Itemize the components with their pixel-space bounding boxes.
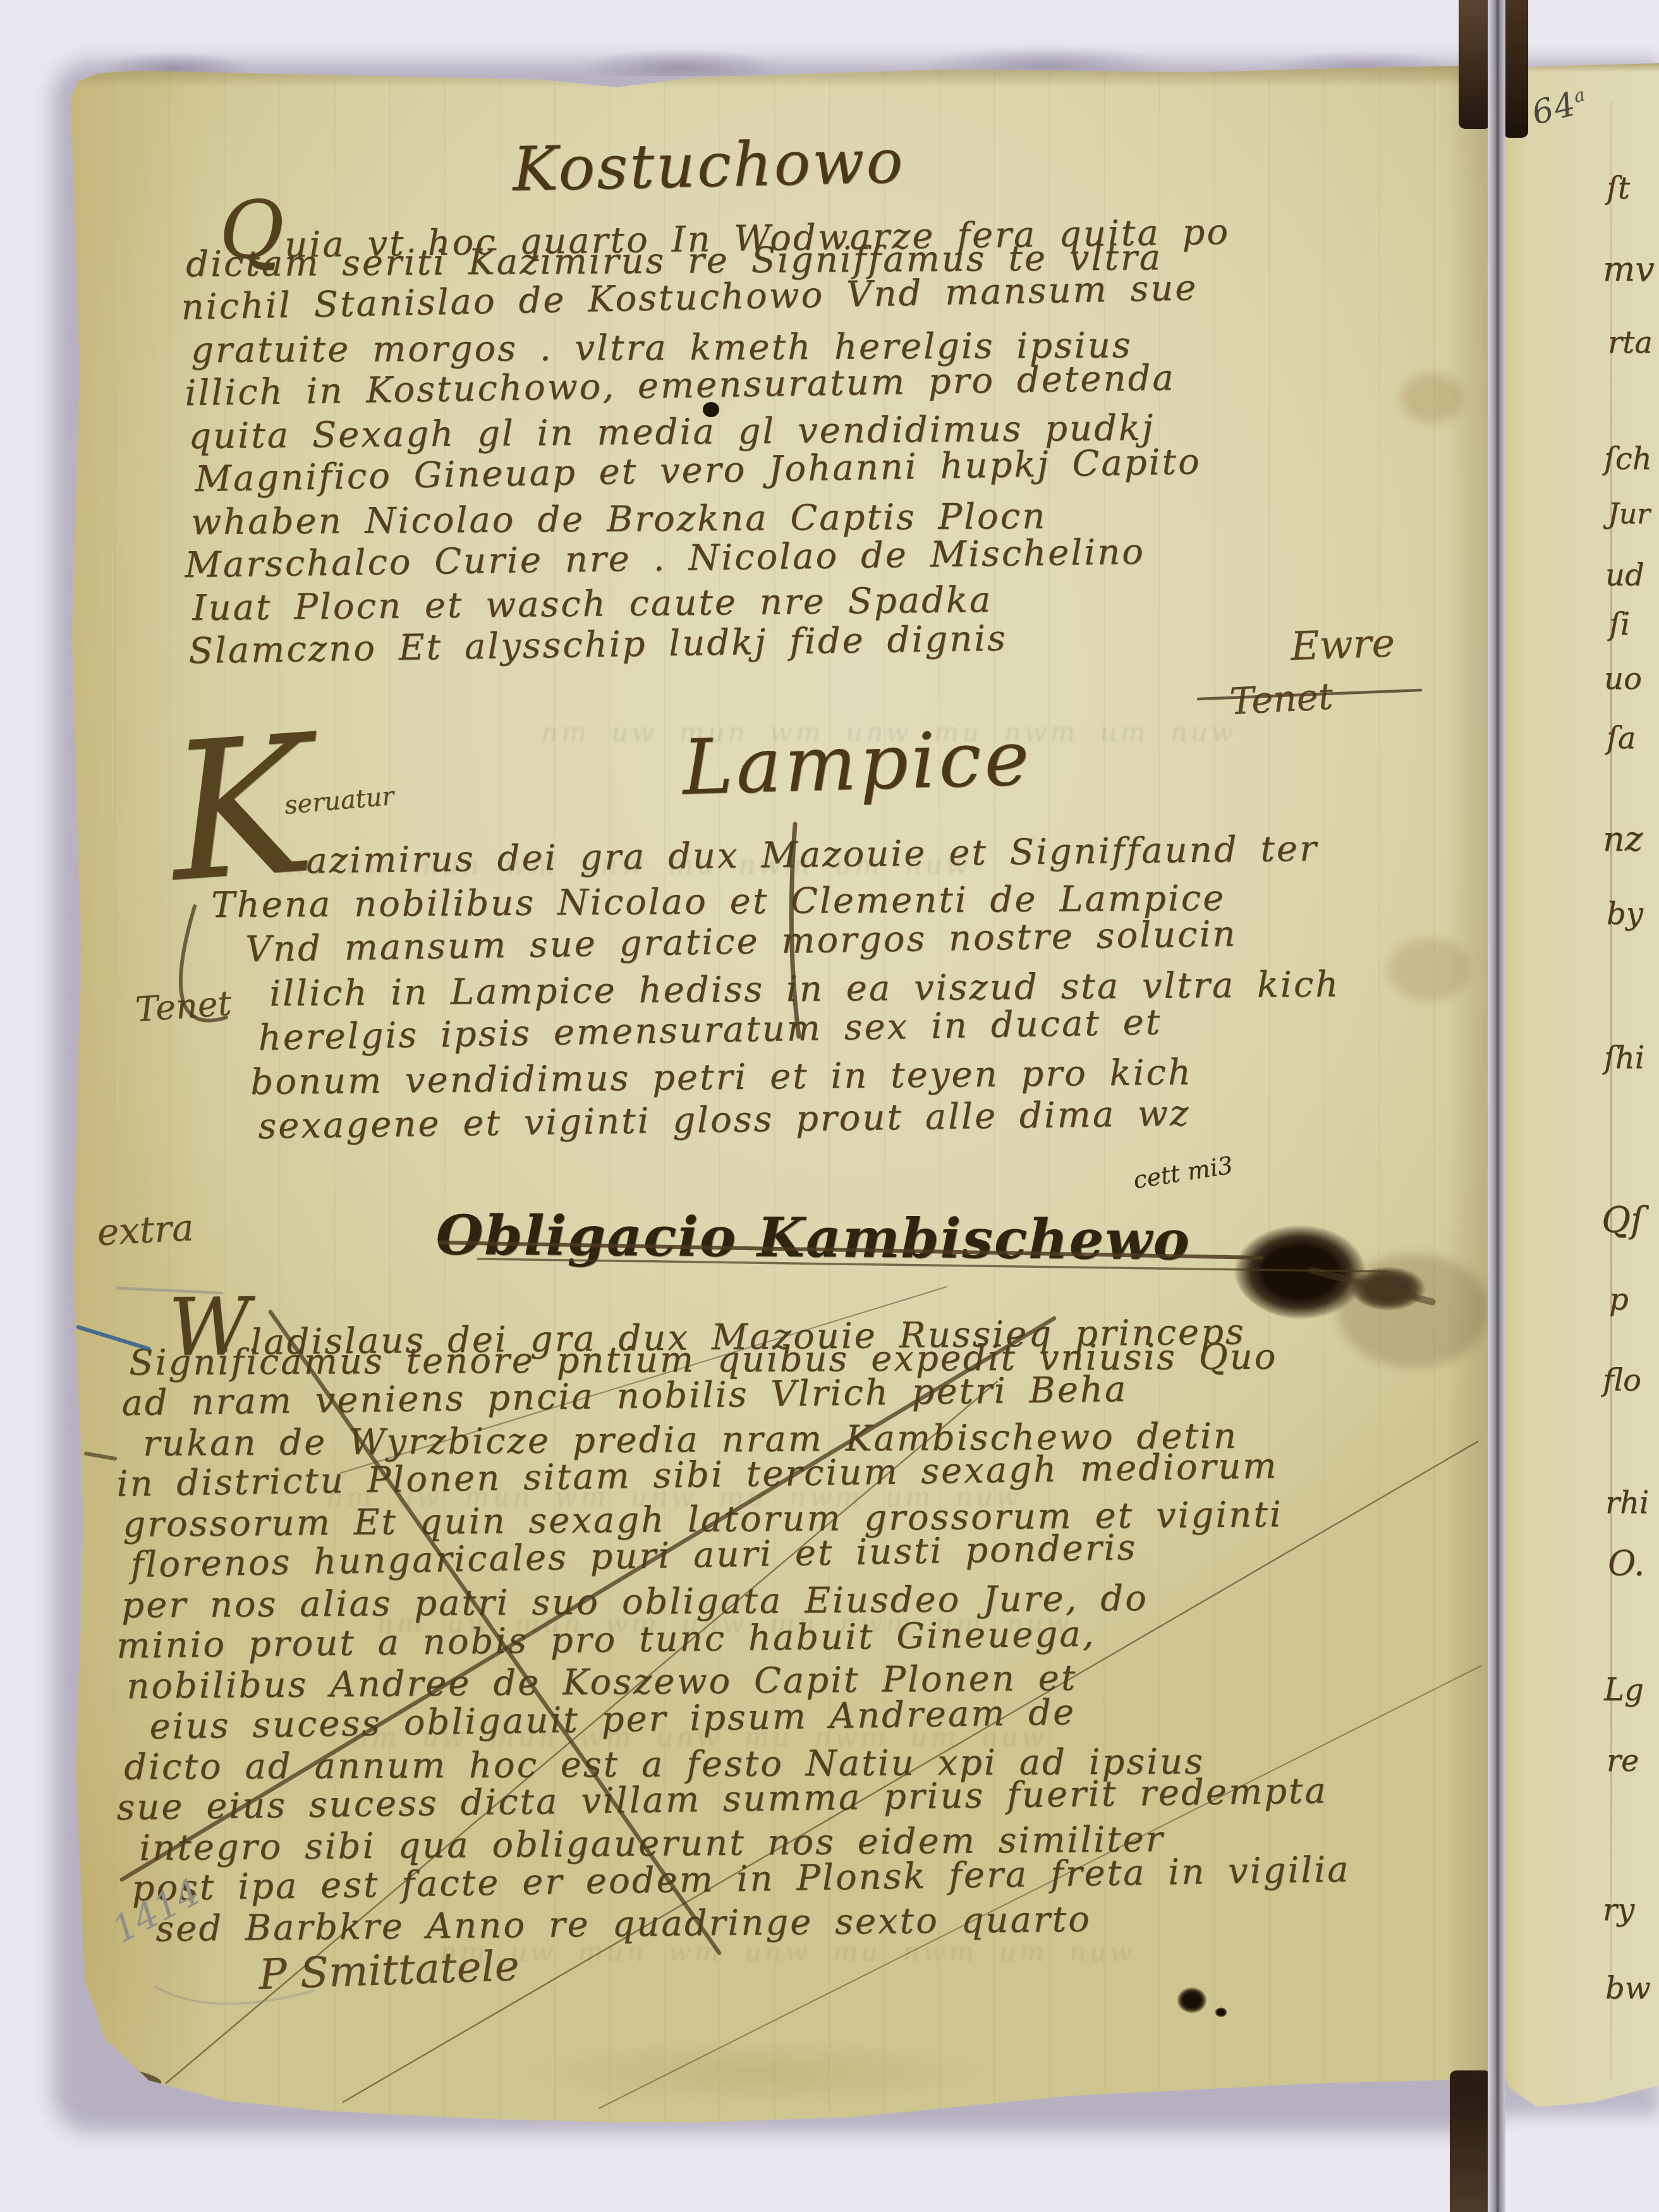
facing-text-fragment: O. (1608, 1543, 1644, 1583)
clasp-strap-top-left (1459, 0, 1490, 129)
facing-text-fragment: ry (1603, 1892, 1634, 1928)
entry2-text-line: illich in Lampice hediss in ea viszud st… (269, 964, 1340, 1014)
entry3-closing-note: P Smittatele (258, 1942, 520, 1999)
facing-text-fragment: re (1607, 1743, 1639, 1778)
ink-dot (1215, 2007, 1227, 2017)
binding-rod (1488, 0, 1505, 2212)
entry3-heading-addition: cett mi3 (1131, 1151, 1235, 1194)
folio-number: 64a (1528, 82, 1592, 133)
manuscript-page: nm uw mun wm unw mu nwm um nuw nm uw mun… (61, 66, 1490, 2122)
page-bottom-stain (440, 2031, 1072, 2113)
facing-text-fragment: ſch (1604, 441, 1652, 477)
facing-text-fragment: ſa (1607, 720, 1636, 756)
entry2-heading: Lampice (681, 715, 1033, 812)
facing-text-fragment: Qſ (1601, 1200, 1644, 1241)
facing-text-fragment: ſi (1609, 607, 1630, 642)
page-gutter-shading (1446, 66, 1490, 2122)
facing-page-crease (1610, 101, 1612, 2079)
facing-text-fragment: uo (1604, 661, 1642, 696)
entry2-margin-note-tenet: Tenet (134, 983, 233, 1029)
photo-scene: nm uw mun wm unw mu nwm um nuw nm uw mun… (0, 0, 1659, 2212)
facing-text-fragment: flo (1603, 1363, 1641, 1398)
ink-dot (703, 402, 719, 417)
facing-text-fragment: p (1609, 1282, 1629, 1317)
clasp-strap-bottom (1450, 2070, 1490, 2212)
facing-page: 64a ſt mv rta ſch Jur ud ſi uo ſa nz by … (1499, 63, 1659, 2107)
facing-text-fragment: nz (1603, 819, 1643, 859)
facing-text-fragment: rhi (1605, 1485, 1649, 1521)
entry1-margin-word: Ewre (1290, 619, 1395, 669)
facing-text-fragment: ſt (1607, 171, 1630, 206)
entry1-margin-note-tenet: Tenet (1229, 674, 1334, 722)
clasp-strap-top-right (1504, 0, 1528, 138)
entry3-margin-note-extra: extra (96, 1206, 195, 1254)
paper-stain (1337, 1254, 1489, 1368)
entry3-heading: Obligacio Kambischewo (435, 1203, 1191, 1272)
facing-text-fragment: by (1607, 896, 1643, 932)
facing-text-fragment: Lg (1604, 1672, 1644, 1708)
paper-stain (1401, 373, 1464, 423)
facing-text-fragment: ud (1605, 557, 1644, 593)
facing-text-fragment: rta (1608, 325, 1653, 360)
entry2-text-line: azimirus dei gra dux Mazouie et Signiffa… (306, 828, 1318, 882)
facing-text-fragment: mv (1603, 249, 1655, 289)
facing-text-fragment: Jur (1608, 498, 1650, 530)
paper-stain (1388, 938, 1470, 1001)
facing-text-fragment: bw (1605, 1971, 1651, 2006)
facing-text-fragment: ſhi (1604, 1040, 1644, 1076)
ink-blot (1177, 1987, 1207, 2014)
